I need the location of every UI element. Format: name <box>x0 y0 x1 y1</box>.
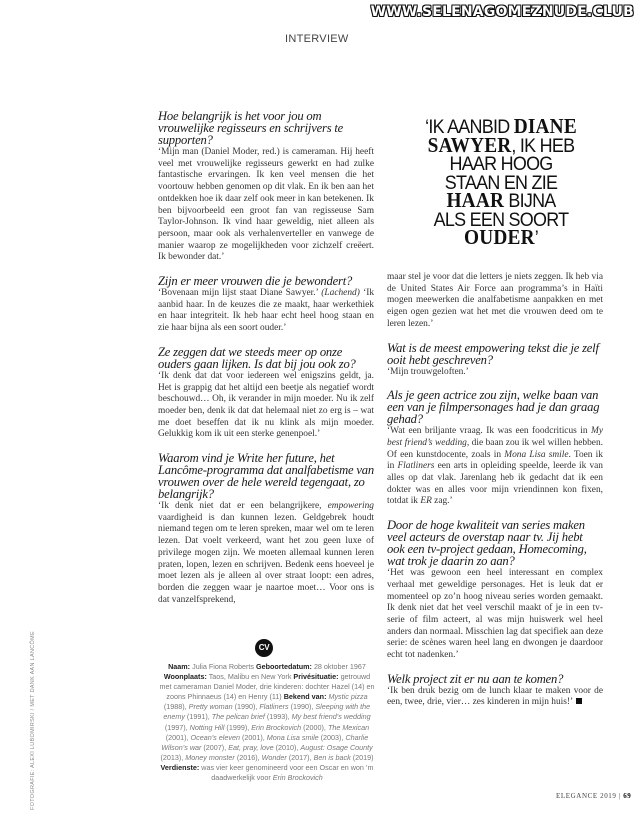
answer-continued: maar stel je voor dat die letters je nie… <box>387 272 603 331</box>
question: Door de hoge kwaliteit van series maken … <box>387 519 603 567</box>
film-title: Notting Hill <box>190 723 225 732</box>
question: Waarom vind je Write her future, het Lan… <box>158 452 374 500</box>
qa-block: Welk project zit er nu aan te komen? ‘Ik… <box>387 673 603 709</box>
qa-block: Hoe belangrijk is het voor jou om vrouwe… <box>158 110 374 264</box>
question: Zijn er meer vrouwen die je bewondert? <box>158 275 374 287</box>
answer: ‘Wat een briljante vraag. Ik was een foo… <box>387 426 603 508</box>
question: Als je geen actrice zou zijn, welke baan… <box>387 389 603 425</box>
film-title: Erin Brockovich <box>251 723 301 732</box>
section-label: INTERVIEW <box>285 33 349 45</box>
film-list: Mystic pizza (1988), Pretty woman (1990)… <box>161 692 374 762</box>
film-title: Flatliners <box>259 702 288 711</box>
cv-box: Naam: Julia Fiona Roberts Geboortedatum:… <box>158 662 376 783</box>
answer: ‘Ik denk dat dat voor iedereen wel enigs… <box>158 371 374 441</box>
film-title: Ben is back <box>314 753 351 762</box>
qa-block: maar stel je voor dat die letters je nie… <box>387 272 603 331</box>
film-title: Mona Lisa smile <box>267 733 319 742</box>
qa-block: Als je geen actrice zou zijn, welke baan… <box>387 389 603 508</box>
film-title: Eat, pray, love <box>228 743 273 752</box>
left-column: Hoe belangrijk is het voor jou om vrouwe… <box>158 110 374 617</box>
answer: ‘Mijn man (Daniel Moder, red.) is camera… <box>158 147 374 264</box>
photo-credit: FOTOGRAFIE: ALEXI LUBOMIRSKI / MET DANK … <box>30 631 36 810</box>
cv-badge: CV <box>255 639 273 657</box>
pull-quote: ‘IK AANBID DIANE SAWYER, IK HEB HAAR HOO… <box>397 118 605 248</box>
answer: ‘Het was gewoon een heel interessant en … <box>387 568 603 662</box>
question: Ze zeggen dat we steeds meer op onze oud… <box>158 346 374 370</box>
question: Wat is de meest empowering tekst die je … <box>387 342 603 366</box>
qa-block: Ze zeggen dat we steeds meer op onze oud… <box>158 346 374 441</box>
film-title: Money monster <box>185 753 235 762</box>
film-title: My best friend’s wedding <box>292 712 371 721</box>
end-mark-icon <box>576 698 582 704</box>
qa-block: Wat is de meest empowering tekst die je … <box>387 342 603 379</box>
film-title: Pretty woman <box>189 702 233 711</box>
question: Hoe belangrijk is het voor jou om vrouwe… <box>158 110 374 146</box>
magazine-name: ELEGANCE 2019 <box>556 792 617 800</box>
film-title: The Mexican <box>328 723 369 732</box>
film-title: August: Osage County <box>300 743 372 752</box>
qa-block: Waarom vind je Write her future, het Lan… <box>158 452 374 606</box>
page-number: 69 <box>623 792 631 800</box>
qa-block: Zijn er meer vrouwen die je bewondert? ‘… <box>158 275 374 335</box>
pull-quote-line: OUDER’ <box>397 229 605 248</box>
right-column: maar stel je voor dat die letters je nie… <box>387 272 603 720</box>
qa-block: Door de hoge kwaliteit van series maken … <box>387 519 603 662</box>
page-folio: ELEGANCE 2019 | 69 <box>556 792 631 800</box>
film-title: The pelican brief <box>212 712 265 721</box>
film-title: Ocean’s eleven <box>191 733 240 742</box>
question: Welk project zit er nu aan te komen? <box>387 673 603 685</box>
film-title: Mystic pizza <box>328 692 367 701</box>
answer: ‘Ik ben druk bezig om de lunch klaar te … <box>387 686 603 709</box>
watermark: WWW.SELENAGOMEZNUDE.CLUB <box>371 4 634 20</box>
answer: ‘Ik denk niet dat er een belangrijkere, … <box>158 501 374 606</box>
film-title: Wonder <box>262 753 287 762</box>
answer: ‘Bovenaan mijn lijst staat Diane Sawyer.… <box>158 288 374 335</box>
answer: ‘Mijn trouwgeloften.’ <box>387 367 603 379</box>
